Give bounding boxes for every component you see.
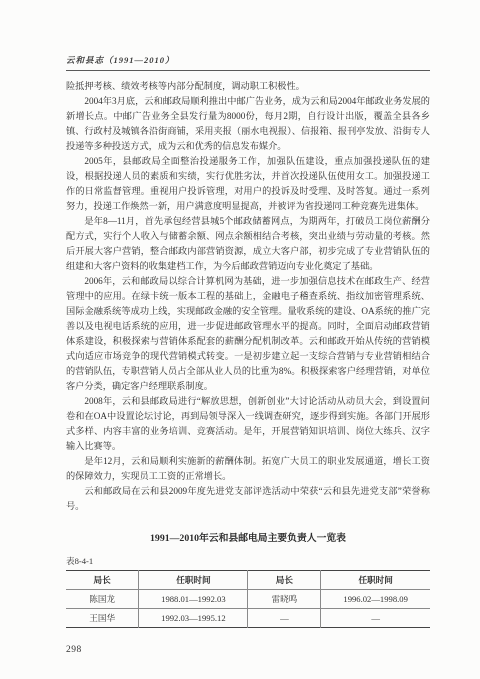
paragraph: 是年12月，云和局顺利实施新的薪酬体制。拓宽广大员工的职业发展通道，增长工资的保… [66, 454, 430, 484]
running-header: 云和县志（1991—2010） [66, 54, 430, 71]
table-cell: 王国华 [66, 609, 139, 628]
table-header-cell: 任职时间 [139, 571, 248, 590]
table-cell: — [321, 609, 430, 628]
leaders-table: 局长 任职时间 局长 任职时间 陈国龙 1988.01—1992.03 雷晓鸣 … [66, 570, 430, 628]
table-row: 王国华 1992.03—1995.12 — — [66, 609, 430, 628]
page-number: 298 [66, 645, 82, 655]
table-cell: 1988.01—1992.03 [139, 590, 248, 609]
book-page: 云和县志（1991—2010） 险抵押考核、绩效考核等内部分配制度，调动职工积极… [0, 0, 480, 679]
paragraph: 险抵押考核、绩效考核等内部分配制度，调动职工积极性。 [66, 79, 430, 94]
table-header-row: 局长 任职时间 局长 任职时间 [66, 571, 430, 590]
table-cell: 雷晓鸣 [248, 590, 321, 609]
paragraph: 2005年，县邮政局全面整治投递服务工作，加强队伍建设，重点加强投递队伍的建设，… [66, 154, 430, 214]
paragraph: 2006年，云和邮政局以综合计算机网为基础，进一步加强信息技术在邮政生产、经营管… [66, 274, 430, 394]
table-cell: 1992.03—1995.12 [139, 609, 248, 628]
text-column: 云和县志（1991—2010） 险抵押考核、绩效考核等内部分配制度，调动职工积极… [66, 54, 430, 628]
table-cell: — [248, 609, 321, 628]
table-title: 1991—2010年云和县邮电局主要负责人一览表 [66, 530, 430, 544]
table-header-cell: 局长 [248, 571, 321, 590]
body-text: 险抵押考核、绩效考核等内部分配制度，调动职工积极性。 2004年3月底，云和邮政… [66, 79, 430, 514]
table-label: 表8-4-1 [66, 555, 430, 567]
paragraph: 是年8—11月，首先承包经营县城5个邮政储蓄网点，为期两年，打破员工岗位薪酬分配… [66, 214, 430, 274]
table-row: 陈国龙 1988.01—1992.03 雷晓鸣 1996.02—1998.09 [66, 590, 430, 609]
table-header-cell: 局长 [66, 571, 139, 590]
table-header-cell: 任职时间 [321, 571, 430, 590]
paragraph: 云和邮政局在云和县2009年度先进党支部评选活动中荣获“云和县先进党支部”荣誉称… [66, 484, 430, 514]
table-cell: 陈国龙 [66, 590, 139, 609]
table-cell: 1996.02—1998.09 [321, 590, 430, 609]
paragraph: 2008年，云和县邮政局进行“解放思想，创新创业”大讨论活动从动员大会，到设置问… [66, 394, 430, 454]
paragraph: 2004年3月底，云和邮政局顺利推出中邮广告业务，成为云和局2004年邮政业务发… [66, 94, 430, 154]
